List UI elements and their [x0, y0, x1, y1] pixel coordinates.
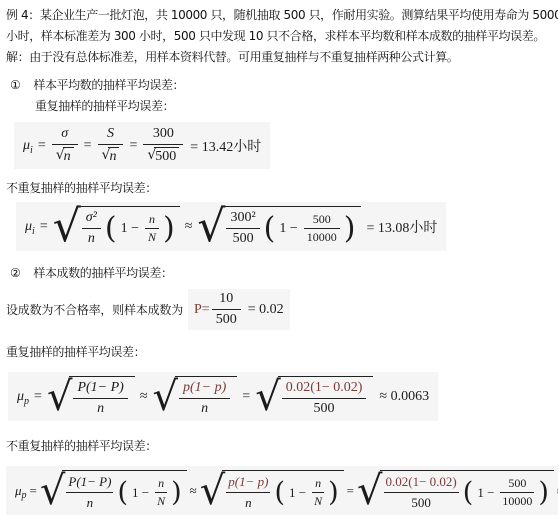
mu-subscript: p: [22, 490, 27, 501]
denominator: 500: [212, 310, 241, 328]
mu-subscript: p: [24, 396, 29, 407]
equals-sign: =: [38, 138, 46, 154]
denominator: 500: [282, 399, 367, 417]
equals-sign: =: [84, 138, 92, 154]
one-minus: 1 −: [279, 221, 297, 237]
denominator: 10000: [304, 229, 340, 245]
radicand: σ² n ( 1 − n N ): [78, 206, 180, 247]
equals-sign: =: [129, 138, 137, 154]
numerator: n: [312, 476, 324, 493]
one-minus: 1 −: [477, 485, 494, 501]
sqrt-radical: √n: [102, 147, 120, 165]
left-paren: (: [274, 482, 285, 504]
numerator: 10: [212, 291, 241, 310]
section2-repeat-label: 重复抽样的抽样平均误差：: [6, 342, 558, 363]
numerator: n: [145, 212, 159, 229]
approx-sign: ≈: [140, 389, 148, 405]
section1-heading: ①样本平均数的抽样平均误差：: [6, 75, 558, 96]
numerator: P(1− P): [66, 474, 113, 493]
approx-sign: ≈: [190, 483, 197, 499]
sqrt-radical: √ P(1− P) n ( 1 − n N ): [40, 470, 187, 511]
mu-symbol: μ: [17, 389, 24, 405]
document-page: { "doc": { "line1": "例 4：某企业生产一批灯泡，共 100…: [0, 0, 558, 532]
denominator: n: [66, 493, 113, 511]
denominator: 500: [384, 493, 459, 511]
section2-title: 样本成数的抽样平均误差：: [33, 266, 172, 280]
fraction-002-over-500: 0.02(1− 0.02) 500: [384, 474, 459, 511]
one-minus: 1 −: [289, 485, 306, 501]
section1-title: 样本平均数的抽样平均误差：: [33, 78, 184, 92]
formula-proportion-repeat: μp = √ P(1− P) n ≈ √ p(1− p) n = √ 0.02(…: [8, 372, 438, 421]
numerator: 300²: [226, 210, 259, 229]
fraction-p1p-over-n: p(1− p) n: [179, 380, 230, 417]
equals-sign: =: [40, 219, 48, 235]
fraction-P1P-over-n: P(1− P) n: [66, 474, 113, 511]
problem-text-line2: 小时，样本标准差为 300 小时，500 只中发现 10 只不合格，求样本平均数…: [6, 26, 558, 47]
radicand: p(1− p) n: [175, 376, 237, 417]
left-paren: (: [117, 482, 128, 504]
radical-sign-icon: √: [53, 209, 81, 244]
setup-prefix-text: 设成数为不合格率，则样本成数为: [6, 301, 183, 318]
section2-marker: ②: [10, 266, 20, 280]
sqrt-radical: √n: [56, 147, 74, 165]
numerator: 0.02(1− 0.02): [282, 380, 367, 399]
fraction-s-over-sqrt-n: S √n: [98, 126, 124, 165]
equals-sign: =: [30, 483, 37, 499]
numerator: n: [155, 476, 167, 493]
denominator: n: [82, 229, 101, 247]
sqrt-radical: √ 300² 500 ( 1 − 500 10000 ): [197, 206, 360, 247]
fraction-10-over-500: 10 500: [212, 291, 241, 328]
radicand: P(1− P) n ( 1 − n N ): [62, 470, 186, 511]
numerator: 500: [304, 212, 340, 229]
proportion-result: = 0.02: [248, 302, 284, 318]
right-paren: ): [344, 217, 356, 241]
denominator: n: [73, 399, 127, 417]
numerator: σ²: [82, 210, 101, 229]
solution-intro-line: 解：由于没有总体标准差，用样本资料代替。可用重复抽样与不重复抽样两种公式计算。: [6, 47, 558, 68]
section2-heading: ②样本成数的抽样平均误差：: [6, 263, 558, 284]
formula-mean-norepeat: μi = √ σ² n ( 1 − n N ) ≈ √ 300² 500 ( 1…: [16, 202, 446, 251]
formula-result: = 13.42小时: [190, 136, 261, 156]
denominator: √n: [52, 145, 78, 165]
radicand: p(1− p) n ( 1 − n N ): [222, 470, 343, 511]
numerator: p(1− p): [179, 380, 230, 399]
right-paren: ): [163, 217, 175, 241]
left-paren: (: [105, 217, 117, 241]
mu-subscript: i: [30, 145, 33, 156]
numerator: 300: [143, 126, 183, 145]
p-equals: P=: [194, 302, 210, 318]
fraction-p1p-over-n: p(1− p) n: [226, 474, 270, 511]
radical-sign-icon: √: [197, 209, 225, 244]
formula-mean-repeat: μi = σ √n = S √n = 300 √500 = 13.42小时: [14, 122, 270, 169]
fraction-sigma-over-sqrt-n: σ √n: [52, 126, 78, 165]
denominator: n: [179, 399, 230, 417]
left-paren: (: [264, 217, 276, 241]
sqrt-radical: √ 0.02(1− 0.02) 500 ( 1 − 500 10000 ): [357, 470, 554, 511]
right-paren: ): [171, 482, 182, 504]
denominator: √500: [143, 145, 183, 165]
fraction-002-over-500: 0.02(1− 0.02) 500: [282, 380, 367, 417]
fraction-sigma2-over-n: σ² n: [82, 210, 101, 247]
one-minus: 1 −: [121, 221, 139, 237]
proportion-setup-line: 设成数为不合格率，则样本成数为 P= 10 500 = 0.02: [6, 289, 558, 330]
sqrt-radical: √ σ² n ( 1 − n N ): [53, 206, 180, 247]
section1-marker: ①: [10, 78, 20, 92]
equals-sign: =: [34, 389, 42, 405]
section1-norepeat-label: 不重复抽样的抽样平均误差：: [6, 178, 558, 199]
sqrt-radical: √ p(1− p) n ( 1 − n N ): [200, 470, 344, 511]
sqrt-radical: √500: [147, 147, 179, 165]
denominator: n: [226, 493, 270, 511]
formula-result: ≈ 0.0063: [379, 389, 429, 405]
radicand: n: [63, 147, 74, 165]
fraction-500-over-10000: 500 10000: [500, 476, 534, 509]
denominator: 500: [226, 229, 259, 247]
fraction-n-over-N: n N: [155, 476, 167, 509]
radicand: 0.02(1− 0.02) 500 ( 1 − 500 10000 ): [380, 470, 554, 511]
numerator: S: [98, 126, 124, 145]
section1-repeat-label: 重复抽样的抽样平均误差：: [6, 96, 558, 117]
approx-sign: ≈: [185, 219, 193, 235]
fraction-3002-over-500: 300² 500: [226, 210, 259, 247]
right-paren: ): [538, 482, 549, 504]
denominator: N: [312, 493, 324, 509]
section2-norepeat-label: 不重复抽样的抽样平均误差：: [6, 436, 558, 457]
fraction-n-over-N: n N: [145, 212, 159, 245]
radicand: 300² 500 ( 1 − 500 10000 ): [222, 206, 360, 247]
formula-result: = 13.08小时: [367, 217, 438, 237]
numerator: p(1− p): [226, 474, 270, 493]
fraction-P1P-over-n: P(1− P) n: [73, 380, 127, 417]
sqrt-radical: √ 0.02(1− 0.02) 500: [255, 376, 373, 417]
proportion-inline-formula: P= 10 500 = 0.02: [188, 289, 290, 330]
right-paren: ): [328, 482, 339, 504]
equals-sign: =: [347, 483, 354, 499]
fraction-500-over-10000: 500 10000: [304, 212, 340, 245]
radicand: P(1− P) n: [69, 376, 134, 417]
sqrt-radical: √ p(1− p) n: [153, 376, 238, 417]
denominator: N: [155, 493, 167, 509]
equals-sign: =: [242, 389, 250, 405]
numerator: 500: [500, 476, 534, 493]
fraction-300-over-sqrt-500: 300 √500: [143, 126, 183, 165]
one-minus: 1 −: [132, 485, 149, 501]
left-paren: (: [463, 482, 474, 504]
mu-symbol: μ: [25, 219, 32, 235]
mu-subscript: i: [32, 226, 35, 237]
fraction-n-over-N: n N: [312, 476, 324, 509]
mu-symbol: μ: [23, 138, 30, 154]
denominator: 10000: [500, 493, 534, 509]
numerator: 0.02(1− 0.02): [384, 474, 459, 493]
formula-proportion-norepeat: μp = √ P(1− P) n ( 1 − n N ) ≈ √ p(1− p)…: [6, 466, 558, 515]
numerator: σ: [52, 126, 78, 145]
denominator: N: [145, 229, 159, 245]
denominator: √n: [98, 145, 124, 165]
radicand: 500: [154, 147, 179, 165]
radicand: 0.02(1− 0.02) 500: [278, 376, 374, 417]
numerator: P(1− P): [73, 380, 127, 399]
problem-text-line1: 例 4：某企业生产一批灯泡，共 10000 只，随机抽取 500 只，作耐用实验…: [6, 5, 558, 26]
sqrt-radical: √ P(1− P) n: [47, 376, 135, 417]
radicand: n: [108, 147, 119, 165]
